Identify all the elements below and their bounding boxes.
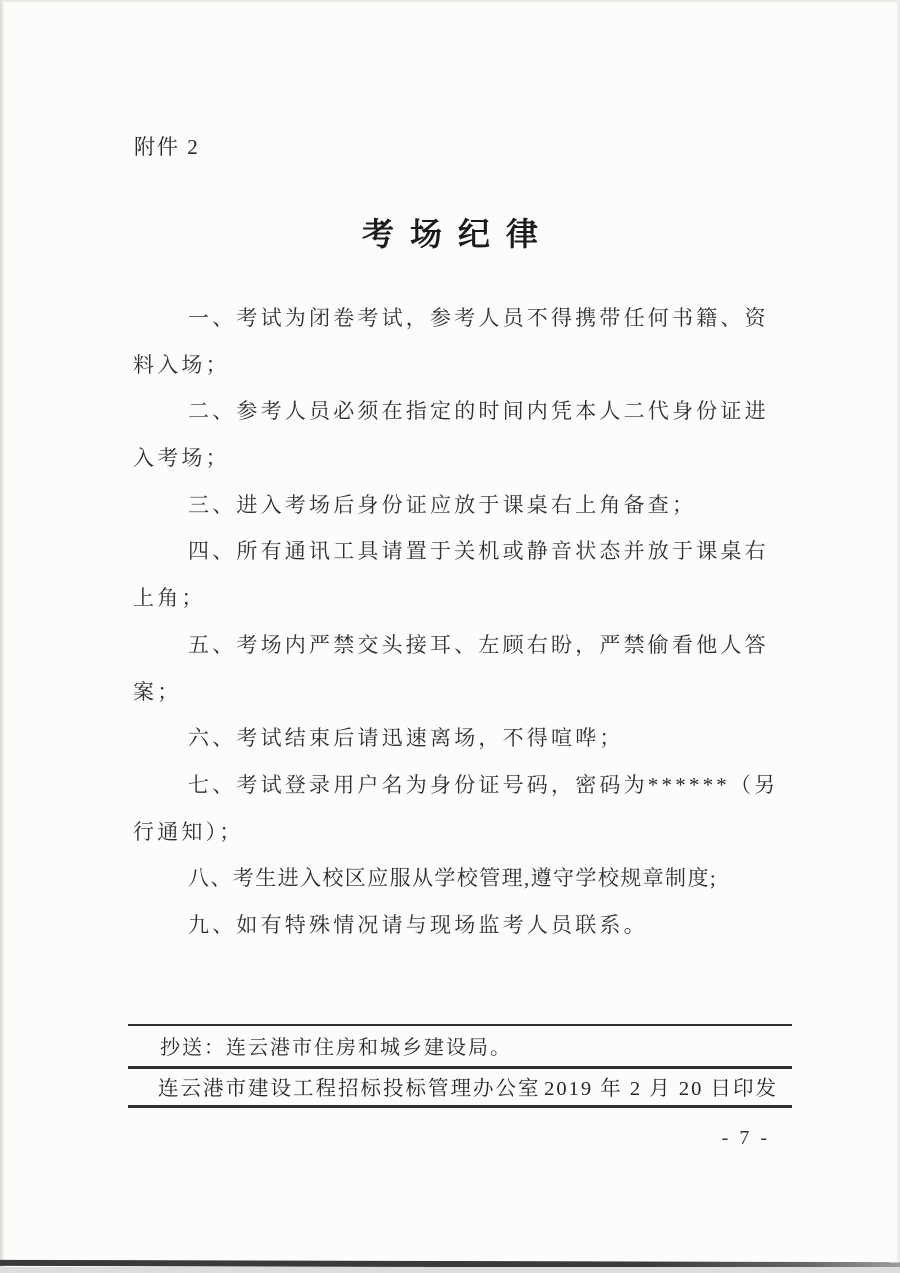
footer-rule-top	[128, 1024, 792, 1026]
body-lines: 一、考试为闭卷考试，参考人员不得携带任何书籍、资料入场；二、参考人员必须在指定的…	[133, 295, 783, 949]
cc-line: 抄送：连云港市住房和城乡建设局。	[160, 1033, 512, 1063]
issuer-name: 连云港市建设工程招标投标管理办公室	[158, 1075, 541, 1103]
scan-edge-top	[0, 0, 900, 2]
footer-rule-middle	[128, 1066, 792, 1069]
body-line: 五、考场内严禁交头接耳、左顾右盼，严禁偷看他人答	[133, 622, 783, 669]
footer-rule-bottom	[128, 1105, 792, 1108]
attachment-label: 附件 2	[134, 131, 200, 161]
body-line: 一、考试为闭卷考试，参考人员不得携带任何书籍、资	[133, 295, 783, 342]
body-line: 七、考试登录用户名为身份证号码，密码为******（另	[133, 762, 783, 809]
body-line: 料入场；	[133, 342, 783, 389]
body-line: 上角；	[133, 575, 783, 622]
body-line: 入考场；	[133, 435, 783, 482]
body-line: 八、考生进入校区应服从学校管理,遵守学校规章制度;	[133, 855, 783, 902]
body-line: 九、如有特殊情况请与现场监考人员联系。	[133, 902, 783, 949]
body-line: 二、参考人员必须在指定的时间内凭本人二代身份证进	[133, 388, 783, 435]
page-number: - 7 -	[722, 1127, 770, 1150]
body-line: 六、考试结束后请迅速离场，不得喧哗；	[133, 715, 783, 762]
issuer-row: 连云港市建设工程招标投标管理办公室 2019 年 2 月 20 日印发	[158, 1075, 778, 1103]
page-title: 考场纪律	[0, 209, 900, 255]
scan-edge-left	[0, 0, 4, 1273]
scan-edge-bottom-light	[0, 1267, 900, 1273]
body-line: 行通知）；	[133, 809, 783, 856]
document-page: 附件 2 考场纪律 一、考试为闭卷考试，参考人员不得携带任何书籍、资料入场；二、…	[0, 0, 900, 1273]
body-line: 案；	[133, 669, 783, 716]
body-line: 四、所有通讯工具请置于关机或静音状态并放于课桌右	[133, 528, 783, 575]
body-line: 三、进入考场后身份证应放于课桌右上角备查；	[133, 482, 783, 529]
issue-date: 2019 年 2 月 20 日印发	[544, 1075, 778, 1103]
